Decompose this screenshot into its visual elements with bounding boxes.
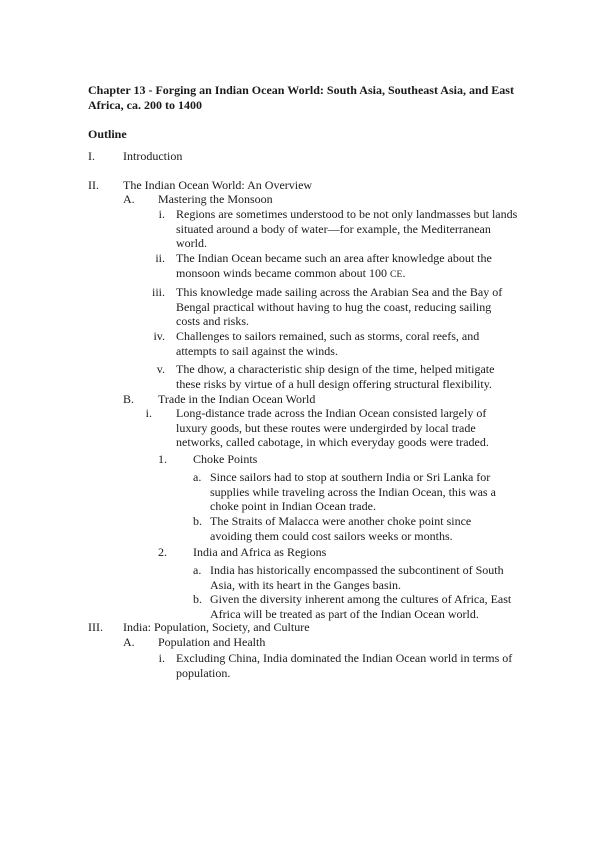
item-line: luxury goods, but these routes were unde…: [176, 421, 476, 436]
item-line: world.: [176, 236, 207, 251]
section-title: India: Population, Society, and Culture: [123, 620, 310, 635]
item-line: Regions are sometimes understood to be n…: [176, 207, 517, 222]
section-title: Introduction: [123, 149, 182, 164]
item-line: situated around a body of water—for exam…: [176, 222, 491, 237]
section-title: The Indian Ocean World: An Overview: [123, 178, 312, 193]
section-marker: I.: [88, 149, 95, 164]
item-line: Excluding China, India dominated the Ind…: [176, 651, 512, 666]
subsection-marker: B.: [123, 392, 134, 407]
item-line: The Straits of Malacca were another chok…: [210, 514, 471, 529]
letter-marker: a.: [193, 563, 201, 578]
chapter-title: Chapter 13 - Forging an Indian Ocean Wor…: [88, 83, 518, 112]
document-page: Chapter 13 - Forging an Indian Ocean Wor…: [0, 0, 595, 842]
item-marker: v.: [140, 362, 165, 377]
letter-marker: b.: [193, 592, 202, 607]
era-abbrev: CE: [390, 270, 403, 280]
item-line: networks, called cabotage, in which ever…: [176, 435, 489, 450]
item-line: monsoon winds became common about 100 CE…: [176, 266, 406, 283]
section-marker: II.: [88, 178, 99, 193]
item-marker: iv.: [140, 329, 165, 344]
item-line: attempts to sail against the winds.: [176, 344, 338, 359]
subsection-marker: A.: [123, 635, 135, 650]
title-line: Chapter 13 - Forging an Indian Ocean Wor…: [88, 83, 518, 98]
item-marker: iii.: [140, 285, 165, 300]
section-marker: III.: [88, 620, 103, 635]
item-line-text: monsoon winds became common about 100: [176, 266, 387, 280]
punctuation: .: [403, 266, 406, 280]
item-line: Challenges to sailors remained, such as …: [176, 329, 479, 344]
numbered-marker: 2.: [158, 545, 167, 560]
numbered-title: Choke Points: [193, 452, 257, 467]
subsection-marker: A.: [123, 192, 135, 207]
item-line: Long-distance trade across the Indian Oc…: [176, 406, 486, 421]
letter-marker: a.: [193, 470, 201, 485]
subsection-title: Trade in the Indian Ocean World: [158, 392, 315, 407]
item-line: Since sailors had to stop at southern In…: [210, 470, 490, 485]
item-line: Bengal practical without having to hug t…: [176, 300, 491, 315]
numbered-marker: 1.: [158, 452, 167, 467]
item-line: India has historically encompassed the s…: [210, 563, 504, 578]
item-line: This knowledge made sailing across the A…: [176, 285, 502, 300]
subsection-title: Mastering the Monsoon: [158, 192, 273, 207]
item-line: choke point in Indian Ocean trade.: [210, 499, 376, 514]
item-line: The dhow, a characteristic ship design o…: [176, 362, 494, 377]
item-line: these risks by virtue of a hull design o…: [176, 377, 492, 392]
item-marker: i.: [140, 651, 165, 666]
letter-marker: b.: [193, 514, 202, 529]
item-line: The Indian Ocean became such an area aft…: [176, 251, 492, 266]
item-marker: i.: [140, 207, 165, 222]
numbered-title: India and Africa as Regions: [193, 545, 326, 560]
item-marker: ii.: [140, 251, 165, 266]
item-line: population.: [176, 666, 230, 681]
item-line: Africa will be treated as part of the In…: [210, 607, 479, 622]
item-line: avoiding them could cost sailors weeks o…: [210, 529, 453, 544]
item-marker: i.: [140, 406, 152, 421]
item-line: Given the diversity inherent among the c…: [210, 592, 511, 607]
subsection-title: Population and Health: [158, 635, 265, 650]
item-line: supplies while traveling across the Indi…: [210, 485, 496, 500]
item-line: costs and risks.: [176, 314, 249, 329]
outline-heading: Outline: [88, 127, 127, 142]
title-line: Africa, ca. 200 to 1400: [88, 98, 518, 113]
item-line: Asia, with its heart in the Ganges basin…: [210, 578, 401, 593]
